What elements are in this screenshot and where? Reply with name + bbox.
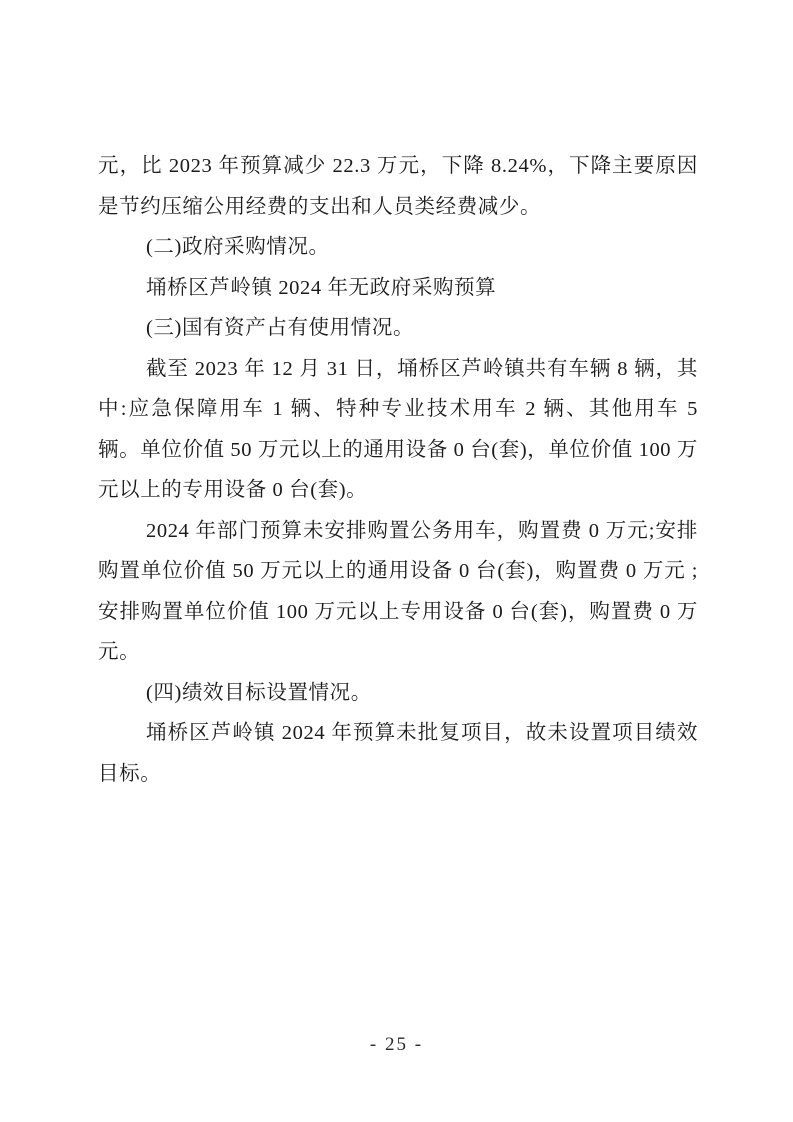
document-page: 元，比 2023 年预算减少 22.3 万元，下降 8.24%，下降主要原因是节… [0, 0, 793, 1122]
paragraph-budget-decrease-continuation: 元，比 2023 年预算减少 22.3 万元，下降 8.24%，下降主要原因是节… [98, 146, 698, 227]
paragraph-no-procurement-budget: 埇桥区芦岭镇 2024 年无政府采购预算 [98, 268, 698, 309]
heading-government-procurement: (二)政府采购情况。 [98, 227, 698, 268]
paragraph-no-approved-projects: 埇桥区芦岭镇 2024 年预算未批复项目，故未设置项目绩效目标。 [98, 713, 698, 794]
paragraph-vehicles-and-equipment: 截至 2023 年 12 月 31 日，埇桥区芦岭镇共有车辆 8 辆，其中:应急… [98, 349, 698, 511]
page-number: - 25 - [0, 1032, 793, 1058]
heading-state-owned-assets: (三)国有资产占有使用情况。 [98, 308, 698, 349]
paragraph-2024-purchase-plan: 2024 年部门预算未安排购置公务用车，购置费 0 万元;安排购置单位价值 50… [98, 511, 698, 673]
heading-performance-goals: (四)绩效目标设置情况。 [98, 673, 698, 714]
document-body: 元，比 2023 年预算减少 22.3 万元，下降 8.24%，下降主要原因是节… [98, 146, 698, 794]
